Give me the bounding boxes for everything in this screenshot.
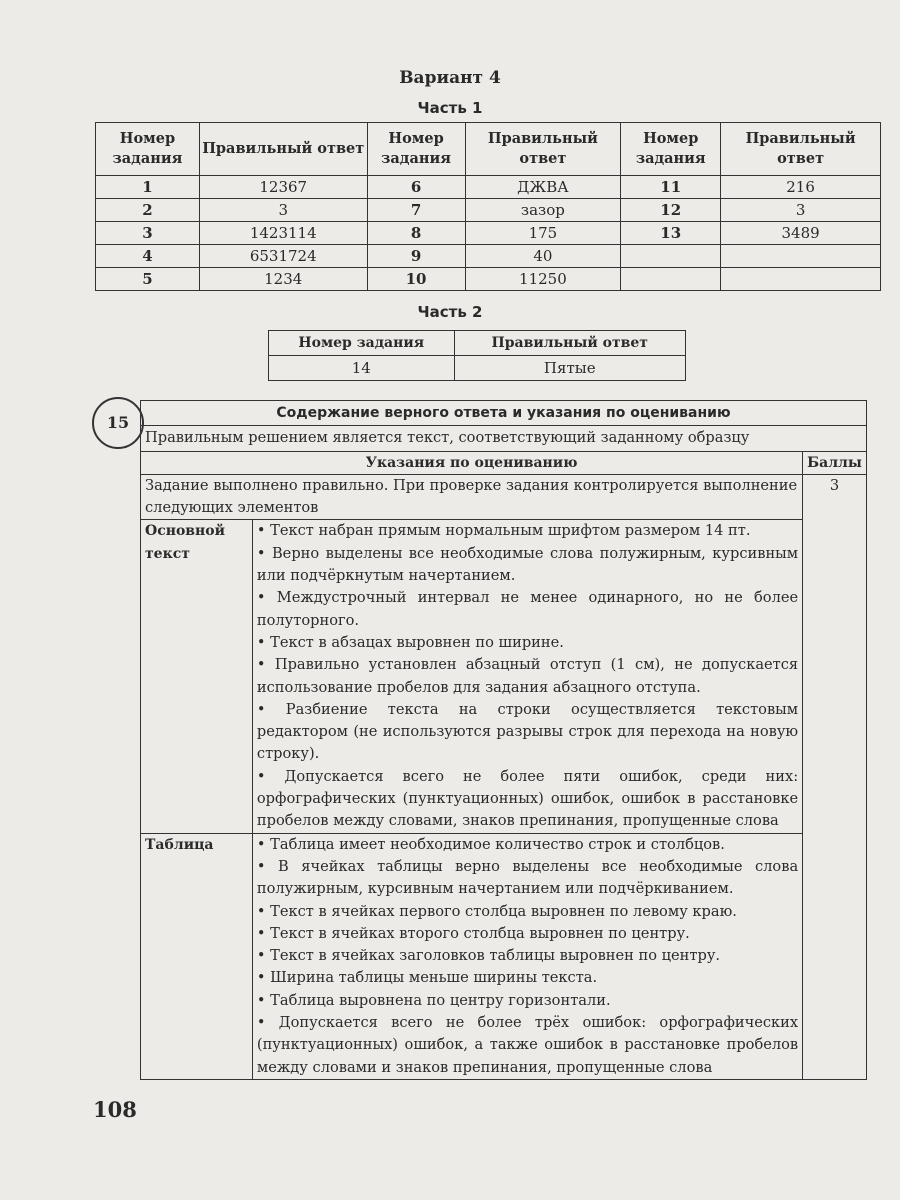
answer-cell (721, 245, 881, 268)
table-row: 314231148175133489 (96, 222, 881, 245)
correct-solution-text: Правильным решением является текст, соот… (141, 426, 867, 451)
criterion-item: • Разбиение текста на строки осуществляе… (257, 699, 798, 766)
task-number-cell: 2 (96, 199, 200, 222)
task-number-cell: 7 (367, 199, 465, 222)
task-number-cell: 3 (96, 222, 200, 245)
task-number-cell (621, 245, 721, 268)
column-header: Номер задания (367, 123, 465, 176)
answer-cell: 175 (465, 222, 621, 245)
task-number-cell: 6 (367, 176, 465, 199)
answer-cell: 12367 (199, 176, 367, 199)
criterion-item: • Правильно установлен абзацный отступ (… (257, 654, 798, 699)
criterion-item: • Таблица выровнена по центру горизонтал… (257, 990, 798, 1012)
answer-cell: 3 (721, 199, 881, 222)
section-label-main-text: Основной текст (141, 520, 253, 833)
task-number-cell: 11 (621, 176, 721, 199)
points-value: 3 (803, 474, 867, 1079)
task-number-cell: 8 (367, 222, 465, 245)
section-items-main-text: • Текст набран прямым нормальным шрифтом… (252, 520, 802, 833)
column-header: Правильный ответ (199, 123, 367, 176)
answer-cell: 1423114 (199, 222, 367, 245)
page-number: 108 (93, 1097, 137, 1122)
section-label-table: Таблица (141, 833, 253, 1079)
criterion-item: • Текст в ячейках заголовков таблицы выр… (257, 945, 798, 967)
task-number-cell: 13 (621, 222, 721, 245)
task-number-cell: 12 (621, 199, 721, 222)
answer-cell: ДЖВА (465, 176, 621, 199)
task-number-cell: 5 (96, 268, 200, 291)
answer-cell: 1234 (199, 268, 367, 291)
part1-answers-table: Номер заданияПравильный ответНомер задан… (95, 122, 881, 291)
part1-title: Часть 1 (0, 99, 900, 117)
criterion-item: • Текст набран прямым нормальным шрифтом… (257, 520, 798, 542)
column-header: Номер задания (269, 331, 455, 356)
column-header: Правильный ответ (454, 331, 685, 356)
part2-answers-table: Номер заданияПравильный ответ 14Пятые (268, 330, 686, 381)
criterion-item: • Текст в абзацах выровнен по ширине. (257, 632, 798, 654)
answer-cell: зазор (465, 199, 621, 222)
task-number-cell: 14 (269, 356, 455, 381)
column-header: Правильный ответ (721, 123, 881, 176)
criterion-item: • Допускается всего не более трёх ошибок… (257, 1012, 798, 1079)
part2-title: Часть 2 (0, 303, 900, 321)
criterion-item: • Верно выделены все необходимые слова п… (257, 543, 798, 588)
answer-cell: 3489 (721, 222, 881, 245)
criterion-item: • Допускается всего не более пяти ошибок… (257, 766, 798, 833)
criterion-item: • Текст в ячейках второго столбца выровн… (257, 923, 798, 945)
task-number-cell: 4 (96, 245, 200, 268)
table-row: 237зазор123 (96, 199, 881, 222)
criterion-item: • В ячейках таблицы верно выделены все н… (257, 856, 798, 901)
answer-cell: 6531724 (199, 245, 367, 268)
criterion-item: • Текст в ячейках первого столбца выровн… (257, 901, 798, 923)
task-number-circle: 15 (92, 397, 144, 449)
column-header: Правильный ответ (465, 123, 621, 176)
answer-cell: Пятые (454, 356, 685, 381)
table-row: 14Пятые (269, 356, 686, 381)
answer-cell (721, 268, 881, 291)
criterion-item: • Ширина таблицы меньше ширины текста. (257, 967, 798, 989)
table-row: 1123676ДЖВА11216 (96, 176, 881, 199)
section-items-table: • Таблица имеет необходимое количество с… (252, 833, 802, 1079)
criterion-item: • Междустрочный интервал не менее одинар… (257, 587, 798, 632)
table-row: 46531724940 (96, 245, 881, 268)
guidelines-header: Указания по оцениванию (141, 451, 803, 474)
criteria-intro: Задание выполнено правильно. При проверк… (141, 474, 803, 520)
answer-cell: 11250 (465, 268, 621, 291)
task-number-cell (621, 268, 721, 291)
task-number-cell: 9 (367, 245, 465, 268)
answer-cell: 216 (721, 176, 881, 199)
grading-criteria-table: Содержание верного ответа и указания по … (140, 400, 867, 1080)
column-header: Номер задания (96, 123, 200, 176)
document-page: Вариант 4 Часть 1 Номер заданияПравильны… (0, 0, 900, 1200)
table-row: 512341011250 (96, 268, 881, 291)
criterion-item: • Таблица имеет необходимое количество с… (257, 834, 798, 856)
task-number-cell: 10 (367, 268, 465, 291)
column-header: Номер задания (621, 123, 721, 176)
task-number-cell: 1 (96, 176, 200, 199)
content-header: Содержание верного ответа и указания по … (141, 401, 867, 426)
answer-cell: 40 (465, 245, 621, 268)
answer-cell: 3 (199, 199, 367, 222)
variant-title: Вариант 4 (0, 68, 900, 88)
points-header: Баллы (803, 451, 867, 474)
